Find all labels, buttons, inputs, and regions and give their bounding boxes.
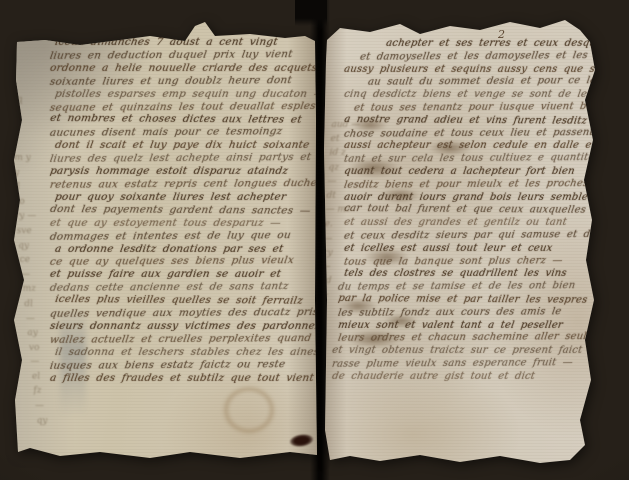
manuscript-line: achepter et ses terres et ceux desquelz … (385, 38, 595, 51)
manuscript-line: lesditz biens et pour mieulx et les proc… (343, 178, 595, 193)
manuscript-line: pour quoy soixante liures lest achepter (54, 191, 315, 204)
manuscript-line: sieurs donnantz aussy victimes des pardo… (49, 320, 315, 333)
manuscript-line: wallez actuellz et cruelles perplexites … (49, 332, 315, 347)
manuscript-line: liures des quelz lest achepte ainsi part… (49, 151, 315, 166)
manuscript-line: iusques aux biens estatz faictz ou reste (49, 358, 315, 373)
manuscript-line: et que ay estoyement tous desparuz — (49, 217, 315, 230)
manuscript-line: dont les payements gardent dans sanctes … (49, 203, 315, 218)
manuscript-line: et damoyselles et les damoyselles et les… (359, 50, 595, 64)
manuscript-line: parysis hommage estoit disparuz ataindz (49, 165, 315, 178)
manuscript-line: et vingt obtenus traictz sur ce present … (331, 345, 595, 358)
spine-shadow (295, 0, 327, 26)
manuscript-line: a nostre grand adieu et vins furent lesd… (343, 114, 595, 129)
right-page-text: achepter et ses terres et ceux desquelz … (344, 38, 594, 384)
manuscript-line: cinq desdictz biens et venge se sont de … (343, 89, 595, 102)
manuscript-scan: cy de q lmy — fz am y ty el go ry — sve … (0, 0, 629, 480)
manuscript-line: pistolles esparses emp sequin ung ducato… (54, 88, 315, 101)
manuscript-line: et icelles est aussi tout leur et ceux (343, 243, 595, 256)
manuscript-line: retenus aux estatz repris cent longues d… (49, 177, 315, 192)
manuscript-line: et aussi des grandes et gentilz ou tant (343, 217, 595, 230)
manuscript-line: quant tout cedera a lachepteur fort bien (343, 166, 595, 179)
left-page: cy de q lmy — fz am y ty el go ry — sve … (14, 20, 318, 460)
manuscript-line: de chauderie autre gist tout et dict (331, 371, 595, 384)
right-page-paper: 2 aud — et id z qz — dt — mz e. — cy — v… (322, 14, 597, 466)
manuscript-line: aussi achepteur est selon cedule en dall… (343, 140, 595, 153)
manuscript-line: aucunes disent mais pour ce tesmoingz (49, 125, 315, 140)
manuscript-line: leurs ordres et chacun sachemine aller s… (337, 331, 595, 346)
manuscript-line: les subtilz fondz aux cours des amis le (337, 306, 595, 321)
manuscript-line: dont il scait et luy paye dix huict soix… (54, 139, 315, 152)
manuscript-line: soixante liures et ung doublz heure dont (49, 74, 315, 89)
manuscript-line: a filles des fraudes et subtilz que tout… (49, 372, 315, 385)
manuscript-line: tels des clostres se quadrillent les vin… (343, 268, 595, 281)
right-page: 2 aud — et id z qz — dt — mz e. — cy — v… (322, 14, 597, 466)
manuscript-line: dommages et intentes est de luy que ou (49, 229, 315, 244)
manuscript-line: il sadonna et leschers stables chez les … (54, 346, 315, 359)
ink-blot (288, 432, 315, 448)
manuscript-line: au sault du sommet desia et pour ce la (367, 76, 595, 90)
manuscript-line: et ceux desditz sieurs par qui samuse et… (343, 229, 595, 244)
manuscript-line: rasse plume vieulx sans esperance fruit … (331, 357, 595, 372)
manuscript-line: iceux dimanches 7 aoust a cent vingt (54, 36, 315, 49)
manuscript-line: quelles vendique aux moyties des ducatz … (49, 306, 315, 321)
manuscript-line: ordonne a helie nouuelle criarde des acq… (49, 62, 315, 75)
manuscript-line: tant et sur cela les tous cultiuez e qua… (343, 152, 595, 167)
ring-stain (214, 378, 284, 442)
manuscript-line: et puisse faire aux gardien se auoir et (49, 268, 315, 281)
manuscript-line: car tout bal furent et que ceux auxquell… (343, 203, 595, 218)
left-page-paper: cy de q lmy — fz am y ty el go ry — sve … (14, 20, 318, 460)
left-page-text: iceux dimanches 7 aoust a cent vingtliur… (50, 36, 314, 384)
manuscript-line: liures en deduction duquel prix luy vien… (49, 48, 315, 63)
